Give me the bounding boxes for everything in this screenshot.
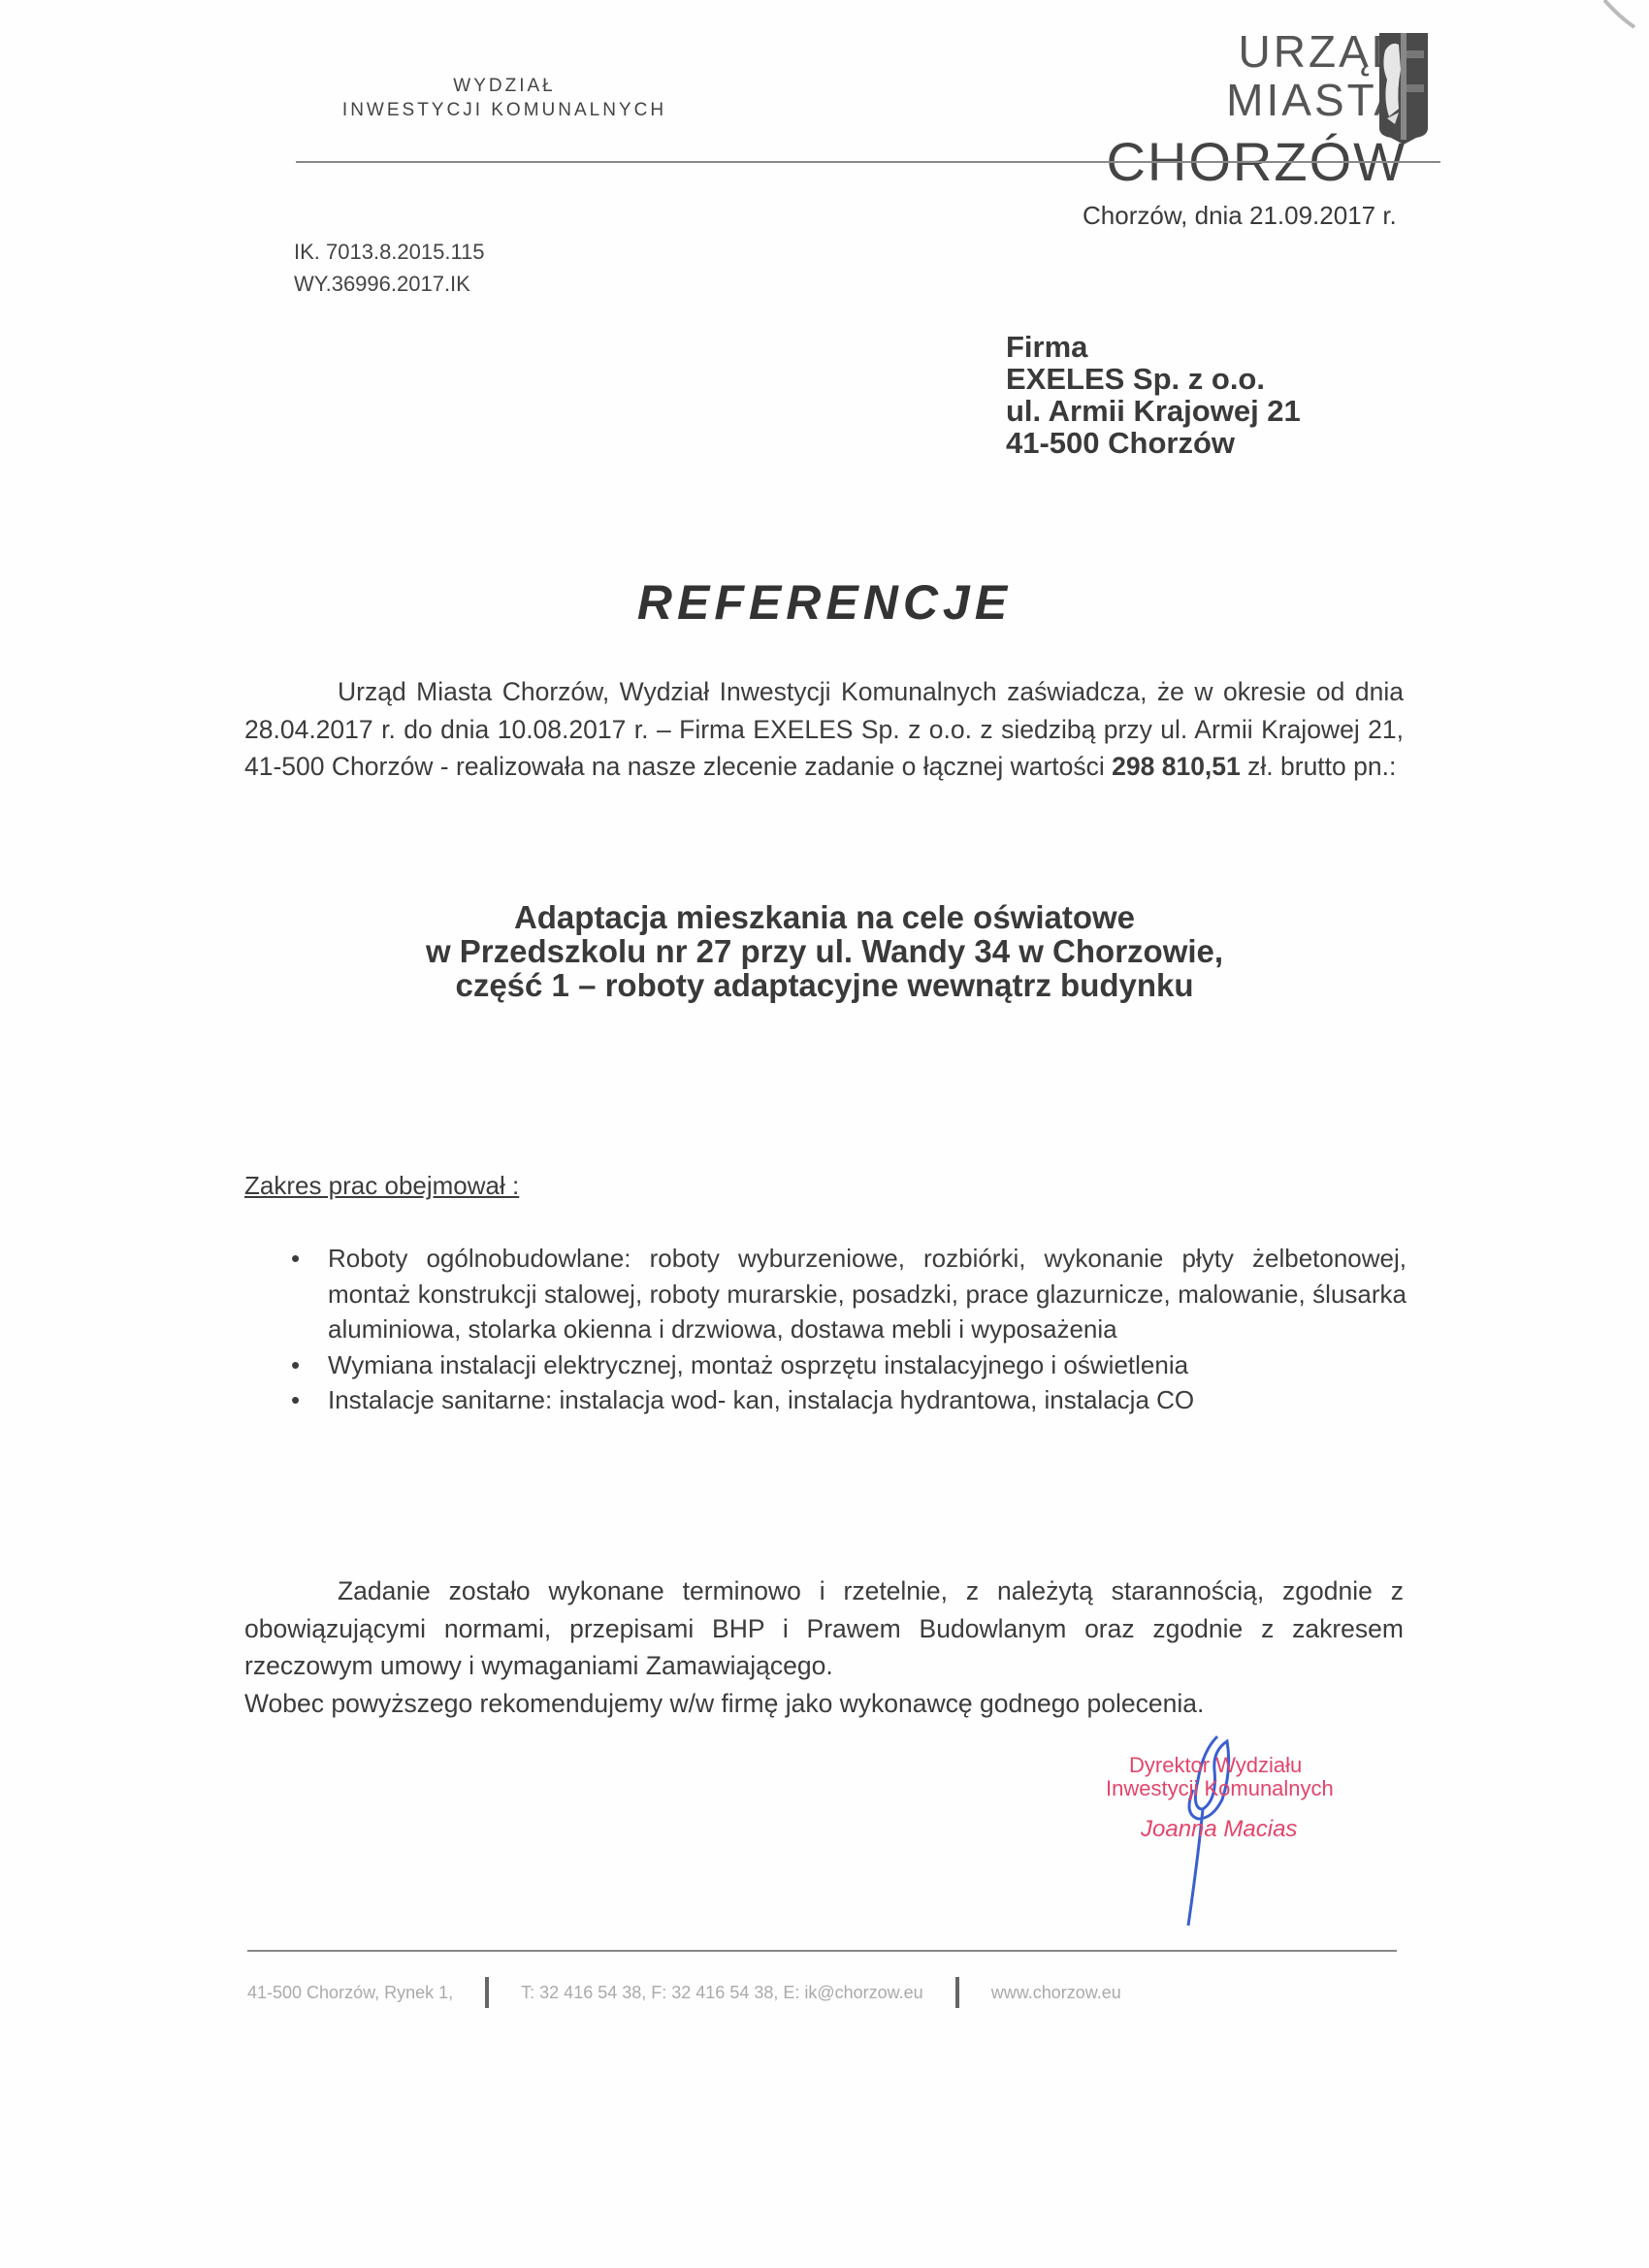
list-item: Wymiana instalacji elektrycznej, montaż …: [291, 1347, 1406, 1383]
date-line: Chorzów, dnia 21.09.2017 r.: [1083, 201, 1397, 231]
city-hall-logo: URZĄD MIASTA CHORZÓW: [1057, 27, 1406, 192]
footer-address: 41-500 Chorzów, Rynek 1,: [247, 1983, 453, 2003]
project-title: Adaptacja mieszkania na cele oświatowe w…: [0, 900, 1649, 1002]
footer-contact: T: 32 416 54 38, F: 32 416 54 38, E: ik@…: [521, 1983, 923, 2003]
document-title: REFERENCJE: [0, 574, 1649, 631]
addressee-block: Firma EXELES Sp. z o.o. ul. Armii Krajow…: [1006, 331, 1301, 459]
footer-divider: [247, 1950, 1397, 1952]
scope-label: Zakres prac obejmował :: [244, 1171, 519, 1201]
list-item: Instalacje sanitarne: instalacja wod- ka…: [291, 1382, 1406, 1418]
coat-of-arms-eagle-icon: [1377, 31, 1430, 146]
header-divider: [296, 161, 1440, 163]
list-item: Roboty ogólnobudowlane: roboty wyburzeni…: [291, 1241, 1406, 1347]
footer-separator: [485, 1977, 489, 2008]
official-stamp: Dyrektor Wydziału Inwestycji Komunalnych…: [1106, 1754, 1377, 1841]
intro-paragraph: Urząd Miasta Chorzów, Wydział Inwestycji…: [244, 673, 1404, 786]
department-name: WYDZIAŁ INWESTYCJI KOMUNALNYCH: [291, 74, 718, 122]
footer: 41-500 Chorzów, Rynek 1, T: 32 416 54 38…: [247, 1977, 1411, 2008]
footer-website: www.chorzow.eu: [991, 1983, 1121, 2003]
page-corner-fold-icon: [1591, 0, 1649, 39]
contract-amount: 298 810,51: [1112, 752, 1241, 781]
logo-line1: URZĄD MIASTA: [1057, 27, 1406, 124]
footer-separator: [955, 1977, 959, 2008]
scope-list: Roboty ogólnobudowlane: roboty wyburzeni…: [291, 1241, 1406, 1418]
recommendation-line: Wobec powyższego rekomendujemy w/w firmę…: [244, 1685, 1404, 1723]
reference-numbers: IK. 7013.8.2015.115 WY.36996.2017.IK: [294, 236, 485, 300]
closing-paragraph: Zadanie zostało wykonane terminowo i rze…: [244, 1572, 1404, 1722]
reference-number-1: IK. 7013.8.2015.115: [294, 236, 485, 268]
reference-number-2: WY.36996.2017.IK: [294, 268, 485, 300]
document-page: WYDZIAŁ INWESTYCJI KOMUNALNYCH URZĄD MIA…: [0, 0, 1649, 2268]
